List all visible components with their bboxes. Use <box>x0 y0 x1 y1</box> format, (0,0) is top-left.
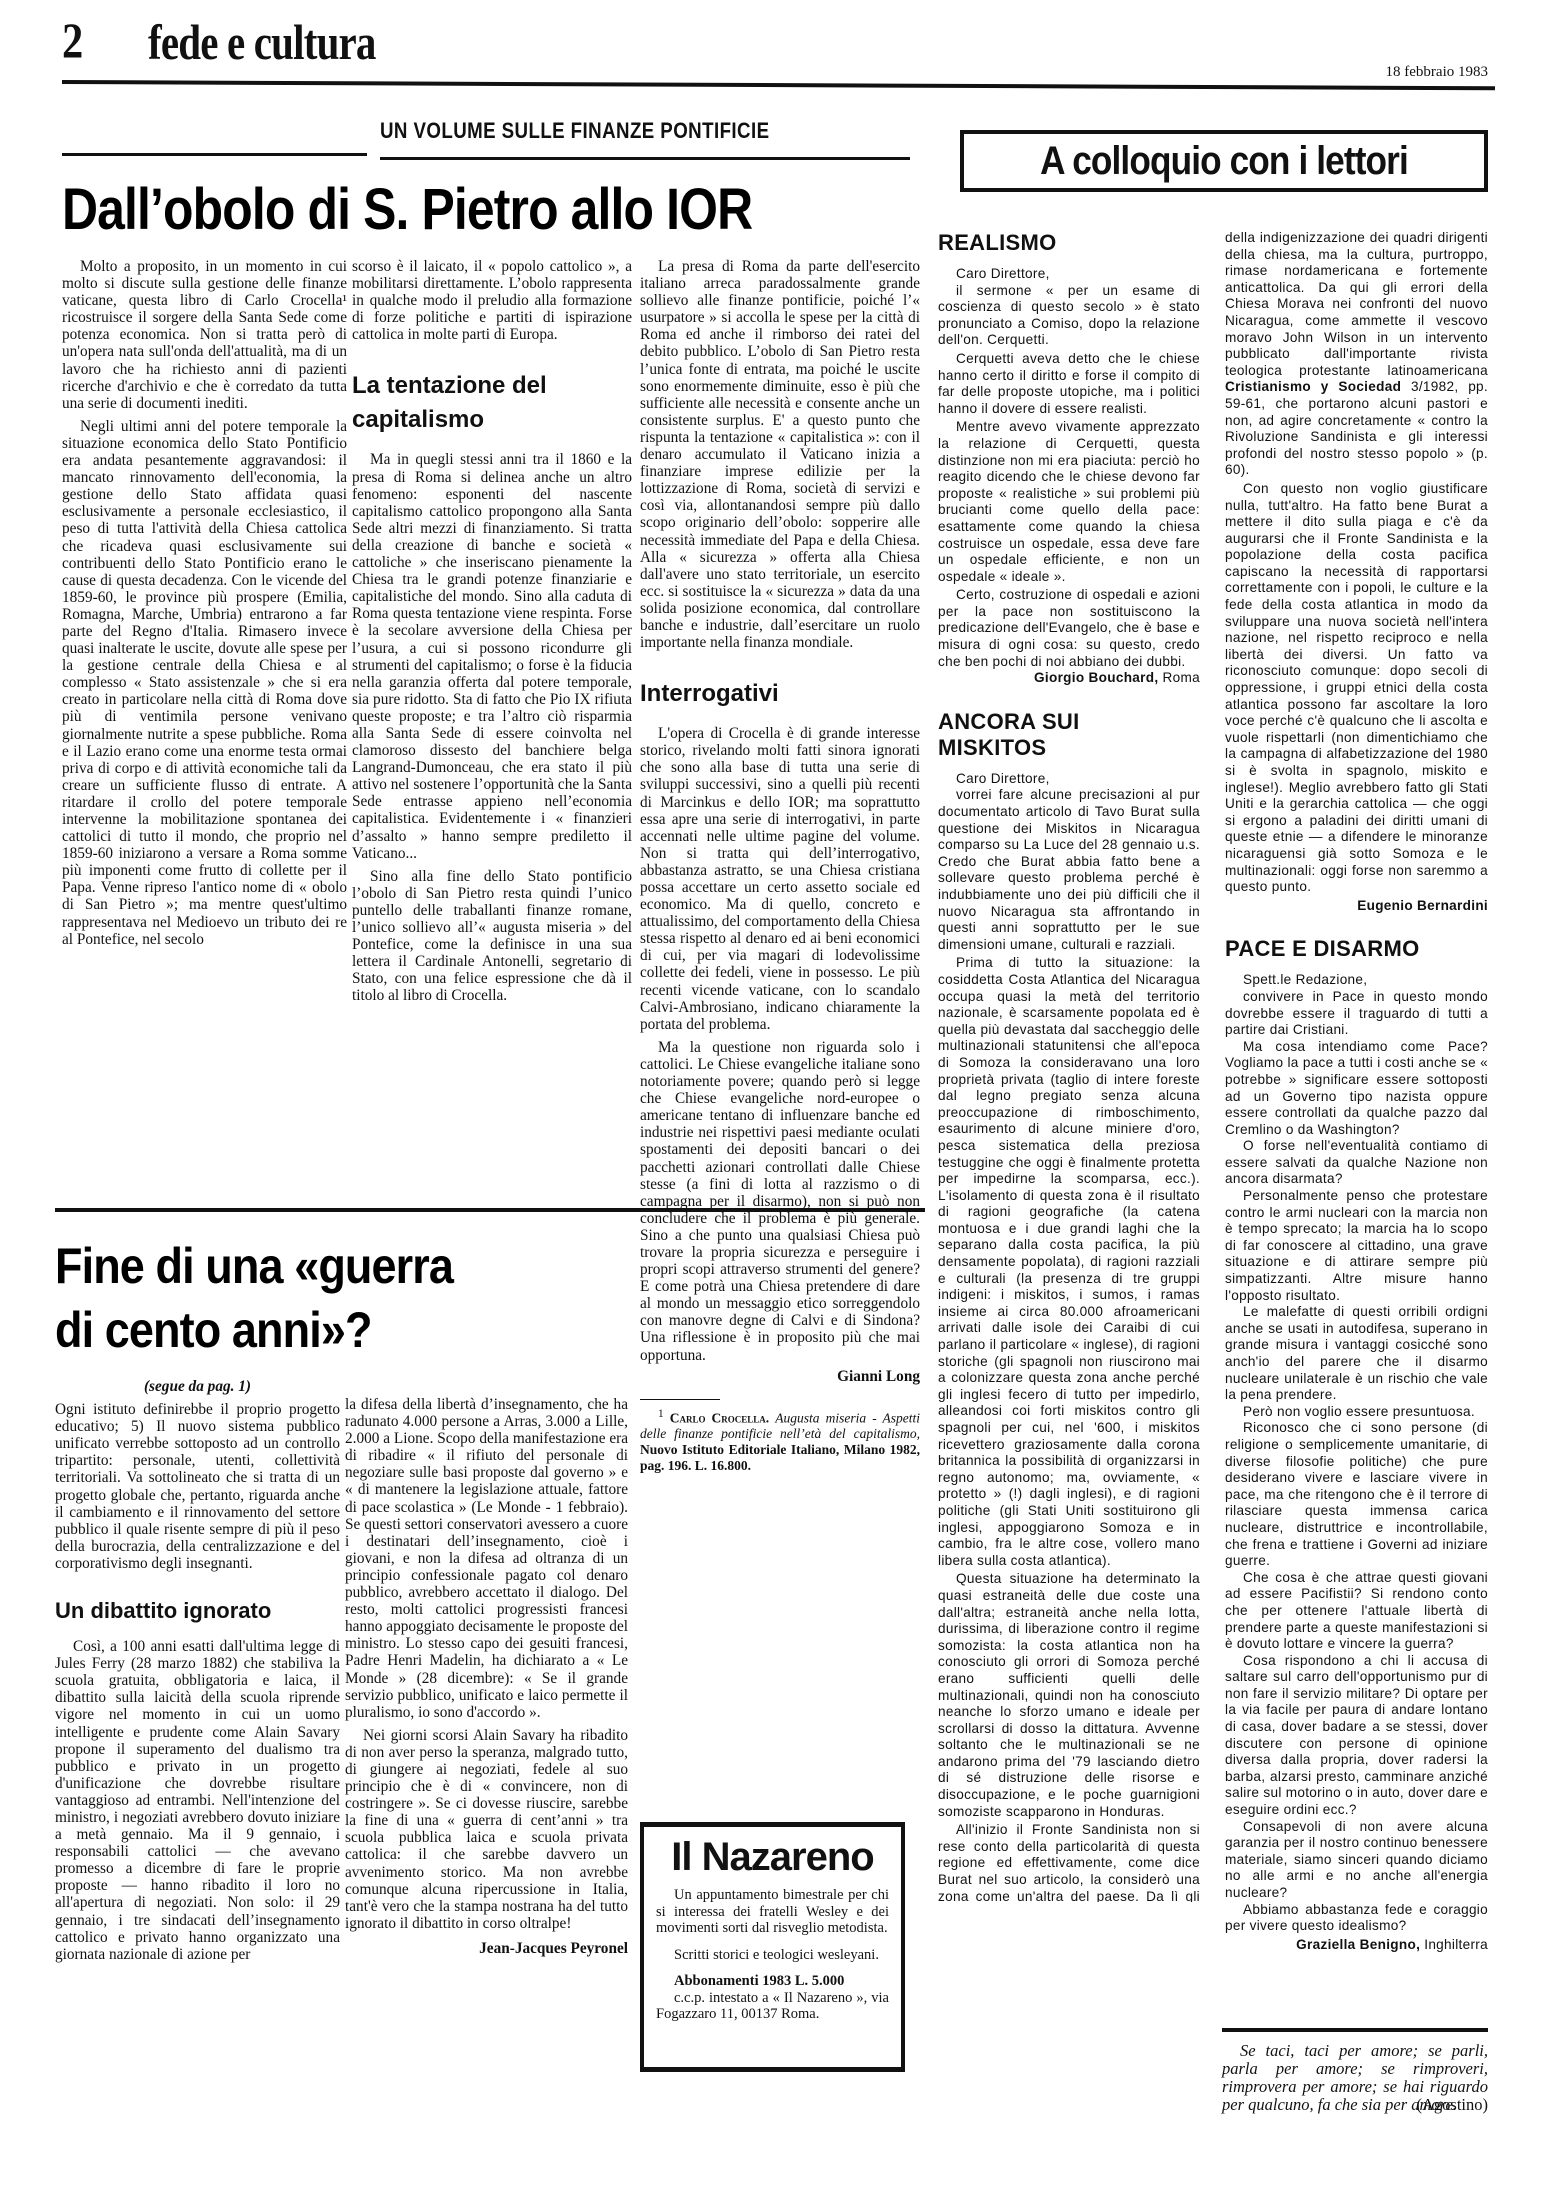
ad-title: Il Nazareno <box>656 1833 889 1881</box>
paragraph: Molto a proposito, in un momento in cui … <box>62 258 347 412</box>
author-name: Giorgio Bouchard, <box>1034 670 1158 685</box>
footnote-author: Carlo Crocella. <box>670 1410 769 1425</box>
paragraph: Ma cosa intendiamo come Pace? Vogliamo l… <box>1225 1039 1488 1139</box>
paragraph: il sermone « per un esame di coscienza d… <box>938 283 1200 349</box>
salutation: Caro Direttore, <box>938 266 1200 283</box>
paragraph: Però non voglio essere presuntuosa. <box>1225 1404 1488 1421</box>
footnote-mark: 1 <box>658 1408 664 1420</box>
paragraph: All'inizio il Fronte Sandinista non si r… <box>938 1822 1200 1902</box>
letters-section-title: A colloquio con i lettori <box>1040 139 1408 184</box>
author-name: Graziella Benigno, <box>1296 1937 1420 1952</box>
paragraph: vorrei fare alcune precisazioni al pur d… <box>938 787 1200 953</box>
continued-from: (segue da pag. 1) <box>55 1378 340 1395</box>
paragraph: scorso è il laicato, il « popolo cattoli… <box>352 258 632 343</box>
article2-column-1: (segue da pag. 1) Ogni istituto definire… <box>55 1378 340 1963</box>
kicker-rule-right <box>380 157 910 160</box>
article1-author: Gianni Long <box>640 1368 920 1385</box>
article1-kicker: UN VOLUME SULLE FINANZE PONTIFICIE <box>380 118 769 144</box>
ad-body: Un appuntamento bimestrale per chi si in… <box>656 1887 889 2023</box>
page-number: 2 <box>62 10 83 70</box>
issue-date: 18 febbraio 1983 <box>1386 64 1488 81</box>
letter-title-realismo: REALISMO <box>938 230 1200 256</box>
letter-signature: Giorgio Bouchard, Roma <box>938 670 1200 687</box>
paragraph: Nei giorni scorsi Alain Savary ha ribadi… <box>345 1727 628 1932</box>
paragraph: Sino alla fine dello Stato pontificio l’… <box>352 868 632 1005</box>
paragraph: Mentre avevo vivamente apprezzato la rel… <box>938 419 1200 585</box>
ad-text-2: Scritti storici e teologici wesleyani. <box>656 1947 889 1964</box>
article2-headline-line1: Fine di una «guerra <box>55 1236 453 1296</box>
section-title: fede e cultura <box>148 12 376 72</box>
letter-title-pace: PACE E DISARMO <box>1225 936 1488 962</box>
salutation: Spett.le Redazione, <box>1225 972 1488 989</box>
letters-column-1: REALISMO Caro Direttore, il sermone « pe… <box>938 230 1200 1902</box>
subhead-interrogativi: Interrogativi <box>640 677 920 711</box>
article2-author: Jean-Jacques Peyronel <box>345 1940 628 1957</box>
title-line: ANCORA SUI <box>938 709 1200 735</box>
article2-column-2: la difesa della libertà d’insegnamento, … <box>345 1396 628 1957</box>
footnote-rule <box>640 1399 720 1400</box>
article1-headline: Dall’obolo di S. Pietro allo IOR <box>62 178 752 242</box>
paragraph: Riconosco che ci sono persone (di religi… <box>1225 1420 1488 1569</box>
paragraph: Abbiamo abbastanza fede e coraggio per v… <box>1225 1902 1488 1935</box>
paragraph: O forse nell'eventualità contiamo di ess… <box>1225 1138 1488 1188</box>
article1-column-3: La presa di Roma da parte dell'esercito … <box>640 258 920 1474</box>
letters-column-2: della indigenizzazione dei quadri dirige… <box>1225 230 1488 1953</box>
author-place: Inghilterra <box>1424 1937 1488 1952</box>
paragraph: L'opera di Crocella è di grande interess… <box>640 725 920 1033</box>
paragraph: Cosa rispondono a chi li accusa di salta… <box>1225 1653 1488 1819</box>
paragraph: Così, a 100 anni esatti dall'ultima legg… <box>55 1638 340 1963</box>
footnote: 1 Carlo Crocella. Augusta miseria - Aspe… <box>640 1406 920 1475</box>
paragraph: Ma la questione non riguarda solo i catt… <box>640 1039 920 1364</box>
paragraph: Questa situazione ha determinato la quas… <box>938 1571 1200 1820</box>
masthead-rule <box>62 80 1495 90</box>
paragraph: Ogni istituto definirebbe il proprio pro… <box>55 1401 340 1572</box>
ad-address: c.c.p. intestato a « Il Nazareno », via … <box>656 1990 889 2023</box>
paragraph: Con questo non voglio giustificare nulla… <box>1225 481 1488 896</box>
letter-title-miskitos: ANCORA SUI MISKITOS <box>938 709 1200 761</box>
nazareno-ad: Il Nazareno Un appuntamento bimestrale p… <box>640 1822 905 2072</box>
subhead-dibattito: Un dibattito ignorato <box>55 1594 340 1628</box>
author-place: Roma <box>1163 670 1200 685</box>
quote-rule <box>1222 2028 1488 2032</box>
title-line: MISKITOS <box>938 735 1200 761</box>
paragraph-continued: della indigenizzazione dei quadri dirige… <box>1225 230 1488 479</box>
paragraph: Prima di tutto la situazione: la cosidde… <box>938 955 1200 1569</box>
footnote-rest: Nuovo Istituto Editoriale Italiano, Mila… <box>640 1442 920 1473</box>
paragraph: Che cosa è che attrae questi giovani ad … <box>1225 1570 1488 1653</box>
paragraph: Cerquetti aveva detto che le chiese hann… <box>938 351 1200 417</box>
ad-subscription: Abbonamenti 1983 L. 5.000 <box>656 1973 889 1990</box>
paragraph: Negli ultimi anni del potere temporale l… <box>62 418 347 948</box>
paragraph: Consapevoli di non avere alcuna garanzia… <box>1225 1819 1488 1902</box>
paragraph: Certo, costruzione di ospedali e azioni … <box>938 587 1200 670</box>
closing-quote: Se taci, taci per amore; se parli, parla… <box>1222 2042 1488 2114</box>
paragraph: Personalmente penso che protestare contr… <box>1225 1188 1488 1304</box>
article2-headline-line2: di cento anni»? <box>55 1300 372 1360</box>
letter-signature: Eugenio Bernardini <box>1225 898 1488 915</box>
article2-top-rule <box>55 1208 925 1212</box>
article1-column-1: Molto a proposito, in un momento in cui … <box>62 258 347 948</box>
letters-section-header: A colloquio con i lettori <box>960 130 1488 192</box>
paragraph: la difesa della libertà d’insegnamento, … <box>345 1396 628 1721</box>
ad-text-1: Un appuntamento bimestrale per chi si in… <box>656 1887 889 1937</box>
article1-column-2: scorso è il laicato, il « popolo cattoli… <box>352 258 632 1004</box>
letter-signature: Graziella Benigno, Inghilterra <box>1225 1937 1488 1954</box>
paragraph: convivere in Pace in questo mondo dovreb… <box>1225 989 1488 1039</box>
paragraph: Ma in quegli stessi anni tra il 1860 e l… <box>352 451 632 861</box>
paragraph: La presa di Roma da parte dell'esercito … <box>640 258 920 651</box>
salutation: Caro Direttore, <box>938 771 1200 788</box>
kicker-rule-left <box>62 153 367 156</box>
subhead-tentazione: La tentazione del capitalismo <box>352 369 552 437</box>
paragraph: Le malefatte di questi orribili ordigni … <box>1225 1304 1488 1404</box>
